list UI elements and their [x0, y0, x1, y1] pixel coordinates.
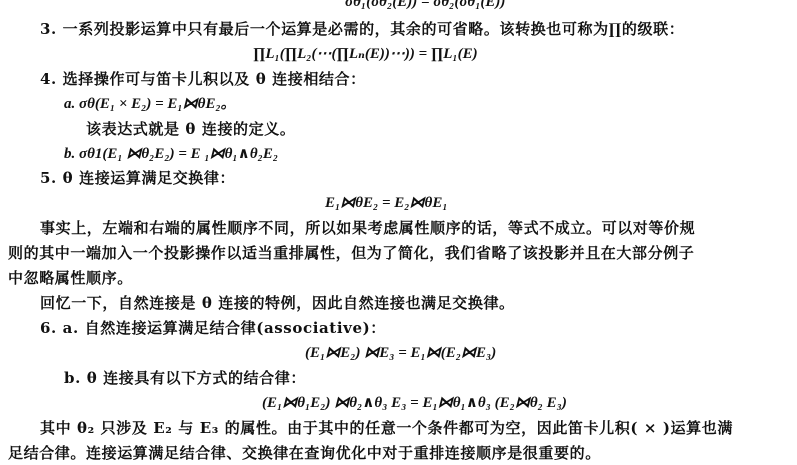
paragraph-1-line-2: 则的其中一端加入一个投影操作以适当重排属性，但为了简化，我们省略了该投影并且在大…	[8, 243, 694, 263]
rule-3-formula: ∏L₁(∏L₂(⋯(∏Lₙ(E))⋯)) = ∏L₁(E)	[253, 44, 478, 64]
rule-4a-note: 该表达式就是 θ 连接的定义。	[86, 119, 295, 139]
rule-6a-formula: (E₁⋈E₂) ⋈E₃ = E₁⋈(E₂⋈E₃)	[305, 343, 496, 363]
rule-4-text: 4. 选择操作可与笛卡儿积以及 θ 连接相结合：	[40, 69, 366, 89]
rule-3-text: 3. 一系列投影运算中只有最后一个运算是必需的，其余的可省略。该转换也可称为∏的…	[40, 19, 684, 39]
rule-4b-formula: b. σθ1(E₁ ⋈θ₂E₂) = E ₁⋈θ₁∧θ₂E₂	[64, 144, 278, 164]
paragraph-1-line-3: 中忽略属性顺序。	[8, 268, 133, 288]
paragraph-3-line-2: 足结合律。连接运算满足结合律、交换律在查询优化中对于重排连接顺序是很重要的。	[8, 443, 601, 463]
rule-5-formula: E₁⋈θE₂ = E₂⋈θE₁	[325, 193, 448, 213]
rule-6b-formula: (E₁⋈θ₁E₂) ⋈θ₂∧θ₃ E₃ = E₁⋈θ₁∧θ₃ (E₂⋈θ₂ E₃…	[262, 393, 567, 413]
paragraph-2: 回忆一下，自然连接是 θ 连接的特例，因此自然连接也满足交换律。	[40, 293, 515, 313]
rule-6b-text: b. θ 连接具有以下方式的结合律：	[64, 368, 306, 388]
paragraph-1-line-1: 事实上，左端和右端的属性顺序不同，所以如果考虑属性顺序的话，等式不成立。可以对等…	[40, 218, 695, 238]
selection-commutativity-formula: σθ₁(σθ₂(E)) = σθ₂(σθ₁(E))	[345, 0, 505, 12]
rule-4a-formula: a. σθ(E₁ × E₂) = E₁⋈θE₂。	[64, 94, 236, 114]
paragraph-3-line-1: 其中 θ₂ 只涉及 E₂ 与 E₃ 的属性。由于其中的任意一个条件都可为空，因此…	[40, 418, 733, 438]
rule-5-text: 5. θ 连接运算满足交换律：	[40, 168, 235, 188]
rule-6a-text: 6. a. 自然连接运算满足结合律(associative)：	[40, 318, 386, 338]
